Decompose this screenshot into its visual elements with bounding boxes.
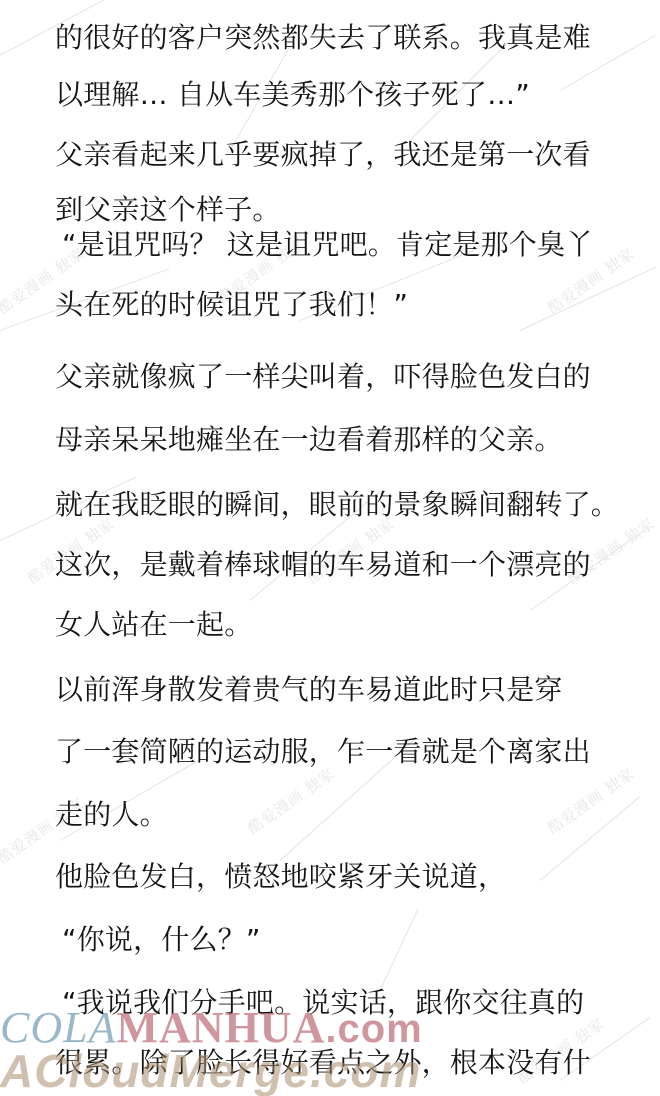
text-line: 很累。除了脸长得好看点之外，根本没有什	[55, 1046, 591, 1080]
text-line: 他脸色发白，愤怒地咬紧牙关说道，	[55, 860, 506, 894]
text-line: 女人站在一起。	[55, 608, 252, 642]
text-line: 走的人。	[55, 798, 168, 832]
text-line: 头在死的时候诅咒了我们！”	[55, 288, 408, 322]
text-line: 了一套简陋的运动服，乍一看就是个离家出	[55, 735, 591, 769]
text-line: 母亲呆呆地瘫坐在一边看着那样的父亲。	[55, 423, 563, 457]
text-line: 这次，是戴着棒球帽的车易道和一个漂亮的	[55, 548, 591, 582]
novel-text-page: 的很好的客户突然都失去了联系。我真是难 以理解… 自从车美秀那个孩子死了…” 父…	[0, 0, 660, 1096]
text-line: 的很好的客户突然都失去了联系。我真是难	[55, 21, 591, 55]
text-line: 以前浑身散发着贵气的车易道此时只是穿	[55, 673, 563, 707]
text-line: 就在我眨眼的瞬间，眼前的景象瞬间翻转了。	[55, 488, 619, 522]
text-line: 到父亲这个样子。	[55, 193, 281, 227]
text-line: 以理解… 自从车美秀那个孩子死了…”	[55, 78, 530, 112]
text-line: “你说，什么？”	[62, 923, 261, 957]
text-line: 父亲看起来几乎要疯掉了，我还是第一次看	[55, 138, 591, 172]
text-line: 父亲就像疯了一样尖叫着，吓得脸色发白的	[55, 360, 591, 394]
text-line: “是诅咒吗？ 这是诅咒吧。肯定是那个臭丫	[62, 228, 593, 262]
text-line: “我说我们分手吧。说实话，跟你交往真的	[62, 986, 584, 1020]
